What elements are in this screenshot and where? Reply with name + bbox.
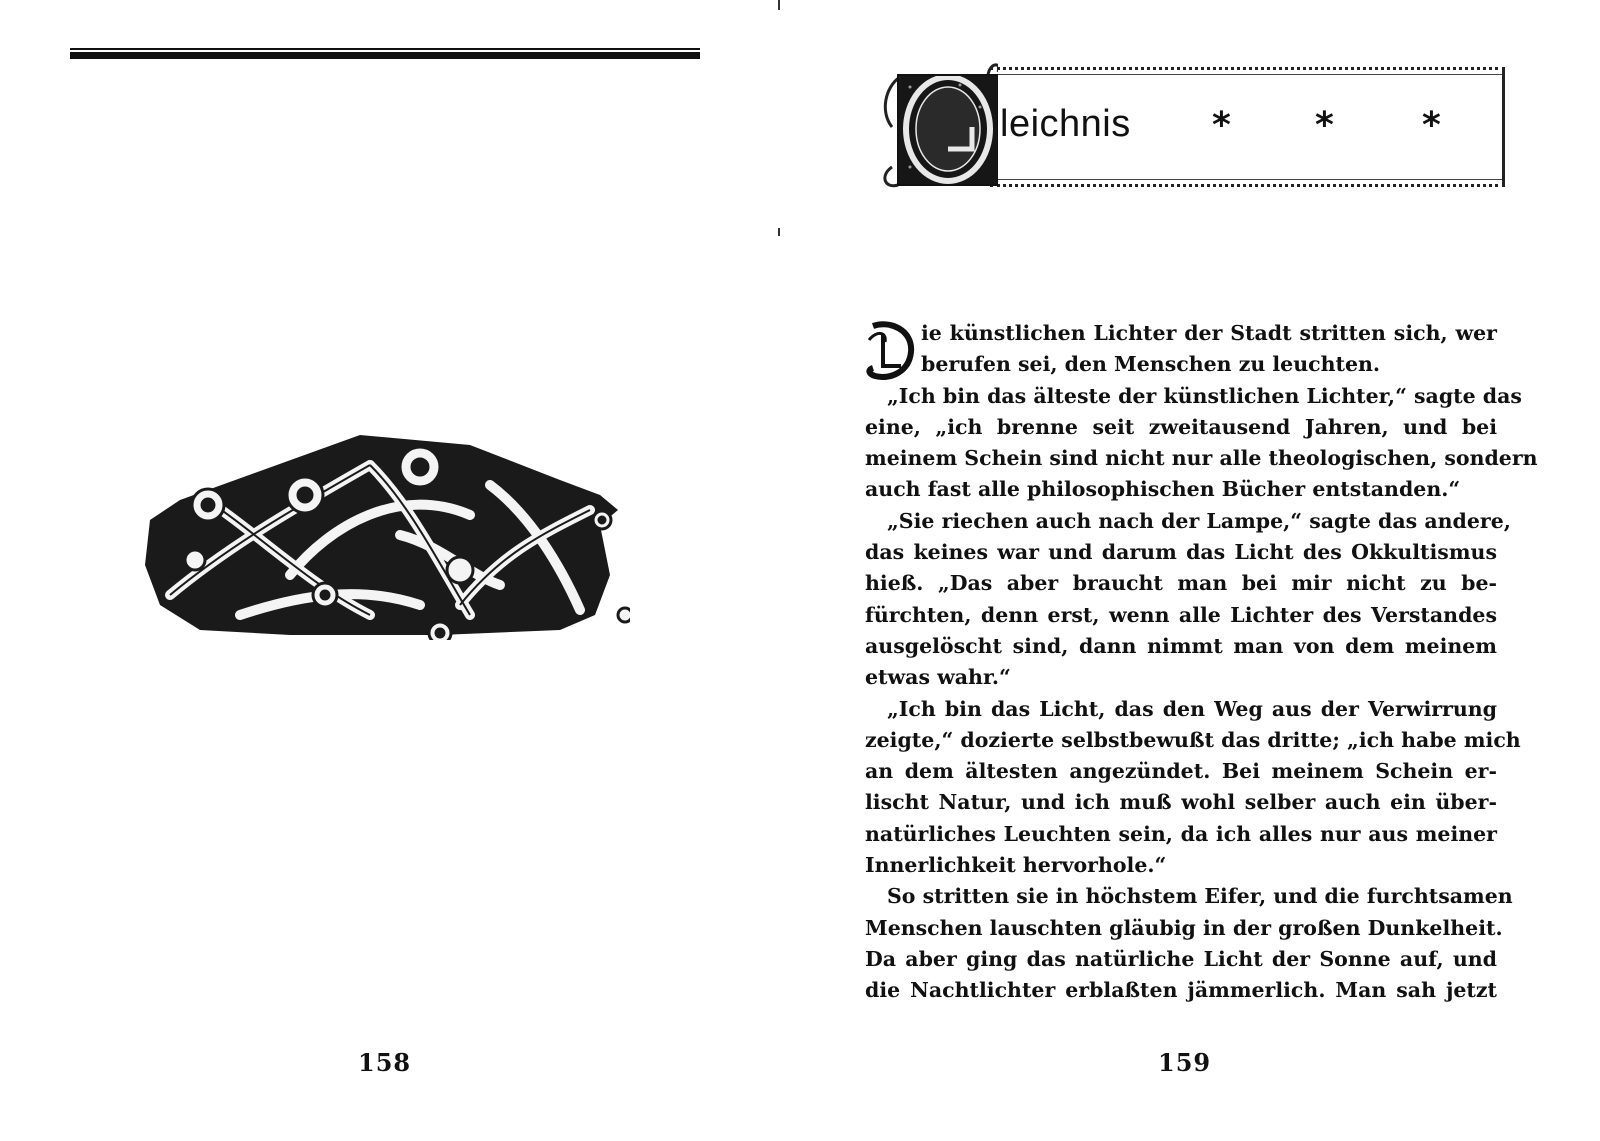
text-line: lischt Natur, und ich muß wohl selber au… [865,787,1497,818]
asterism-star: * [1212,105,1231,146]
text-line: die Nachtlichter erblaßten jämmerlich. M… [865,975,1497,1006]
text-line: ie künstlichen Lichter der Stadt stritte… [865,318,1497,349]
text-line: fürchten, denn erst, wenn alle Lichter d… [865,600,1497,631]
text-line: an dem ältesten angezündet. Bei meinem S… [865,756,1497,787]
text-line: Menschen lauschten gläubig in der großen… [865,913,1497,944]
text-line: zeigte,“ dozierte selbstbewußt das dritt… [865,725,1497,756]
text-line: etwas wahr.“ [865,662,1497,693]
text-line: „Ich bin das Licht, das den Weg aus der … [865,694,1497,725]
text-line: eine, „ich brenne seit zweitausend Jahre… [865,412,1497,443]
chapter-heading: leichnis * * * [840,45,1505,195]
text-line: natürliches Leuchten sein, da ich alles … [865,819,1497,850]
gutter-mark [778,0,780,10]
asterism-star: * [1422,105,1441,146]
drop-cap-d-icon [865,320,915,380]
text-line: meinem Schein sind nicht nur alle theolo… [865,443,1497,474]
rule-thick-line [70,52,700,59]
top-double-rule [70,48,700,62]
illuminated-initial-g-icon [880,57,998,189]
text-line: So stritten sie in höchstem Eifer, und d… [865,881,1497,912]
body-text: ie künstlichen Lichter der Stadt stritte… [865,318,1497,1007]
text-line: hieß. „Das aber braucht man bei mir nich… [865,568,1497,599]
text-line: berufen sei, den Menschen zu leuchten. [865,349,1497,380]
gutter-mark [778,228,780,236]
page-number-right: 159 [1158,1048,1211,1077]
text-lines: ie künstlichen Lichter der Stadt stritte… [865,318,1497,1007]
chapter-title-text: leichnis [1000,103,1131,145]
text-line: auch fast alle philosophischen Bücher en… [865,474,1497,505]
text-line: Innerlichkeit hervorhole.“ [865,850,1497,881]
chapter-title: leichnis [1000,103,1131,146]
text-line: „Sie riechen auch nach der Lampe,“ sagte… [865,506,1497,537]
text-line: ausgelöscht sind, dann nimmt man von dem… [865,631,1497,662]
left-page: 158 [0,0,780,1141]
rule-thin-line [70,48,700,50]
asterism-star: * [1315,105,1334,146]
text-line: das keines war und darum das Licht des O… [865,537,1497,568]
text-line: Da aber ging das natürliche Licht der So… [865,944,1497,975]
text-line: „Ich bin das älteste der künstlichen Lic… [865,381,1497,412]
page-number-left: 158 [358,1048,411,1077]
interlaced-animal-ornament-icon [140,425,630,640]
